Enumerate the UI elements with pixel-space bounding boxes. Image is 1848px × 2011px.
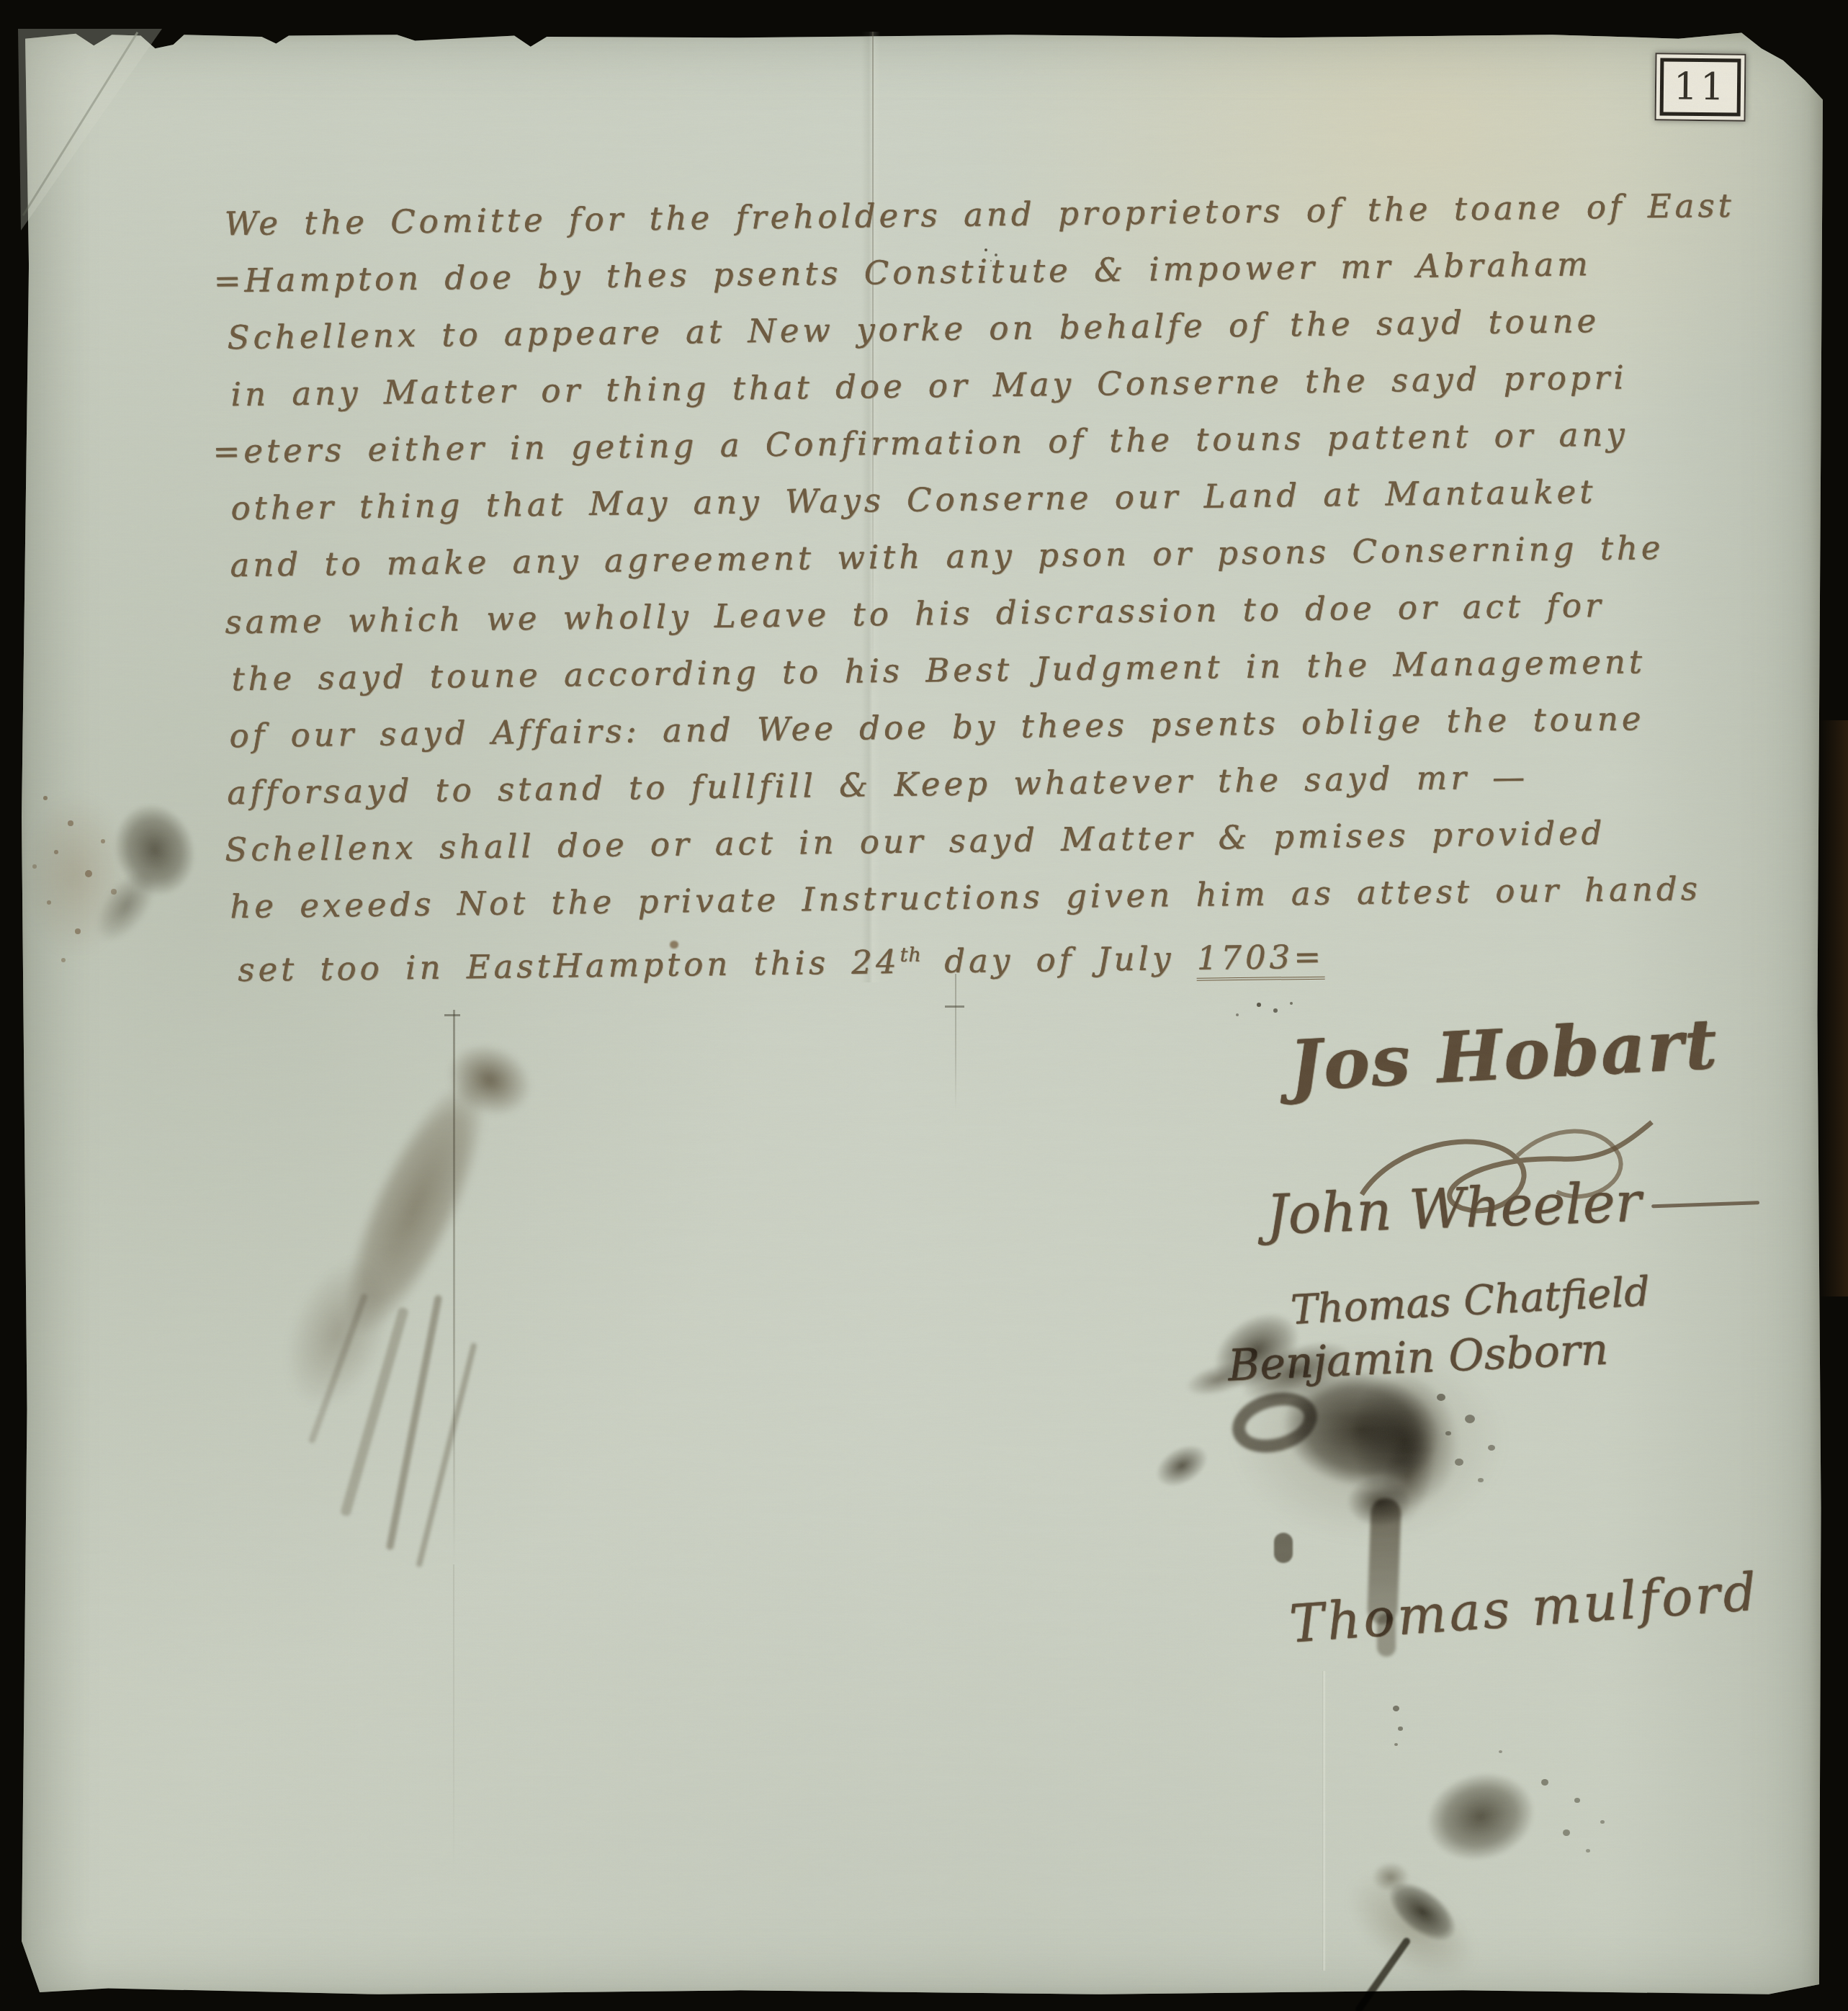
signature-pen-tail [1651,1201,1759,1208]
page-number-label: 11 [1655,53,1746,121]
closing-superscript: th [900,944,922,966]
crease-tick-mark [945,1005,964,1008]
closing-text: set too in EastHampton this 24 [238,943,900,989]
letter-body: We the Comitte for the freholders and pr… [224,176,1789,998]
page-number: 11 [1660,58,1741,116]
scan-edge-glow [1819,720,1848,1296]
closing-text-middle: day of July [922,939,1197,981]
manuscript-scan: { "page": { "number": "11" }, "colors": … [0,0,1848,2011]
closing-date: 1703= [1196,938,1324,981]
signature-text: John Wheeler [1265,1170,1643,1247]
crease-tick-mark-2 [444,1014,460,1016]
